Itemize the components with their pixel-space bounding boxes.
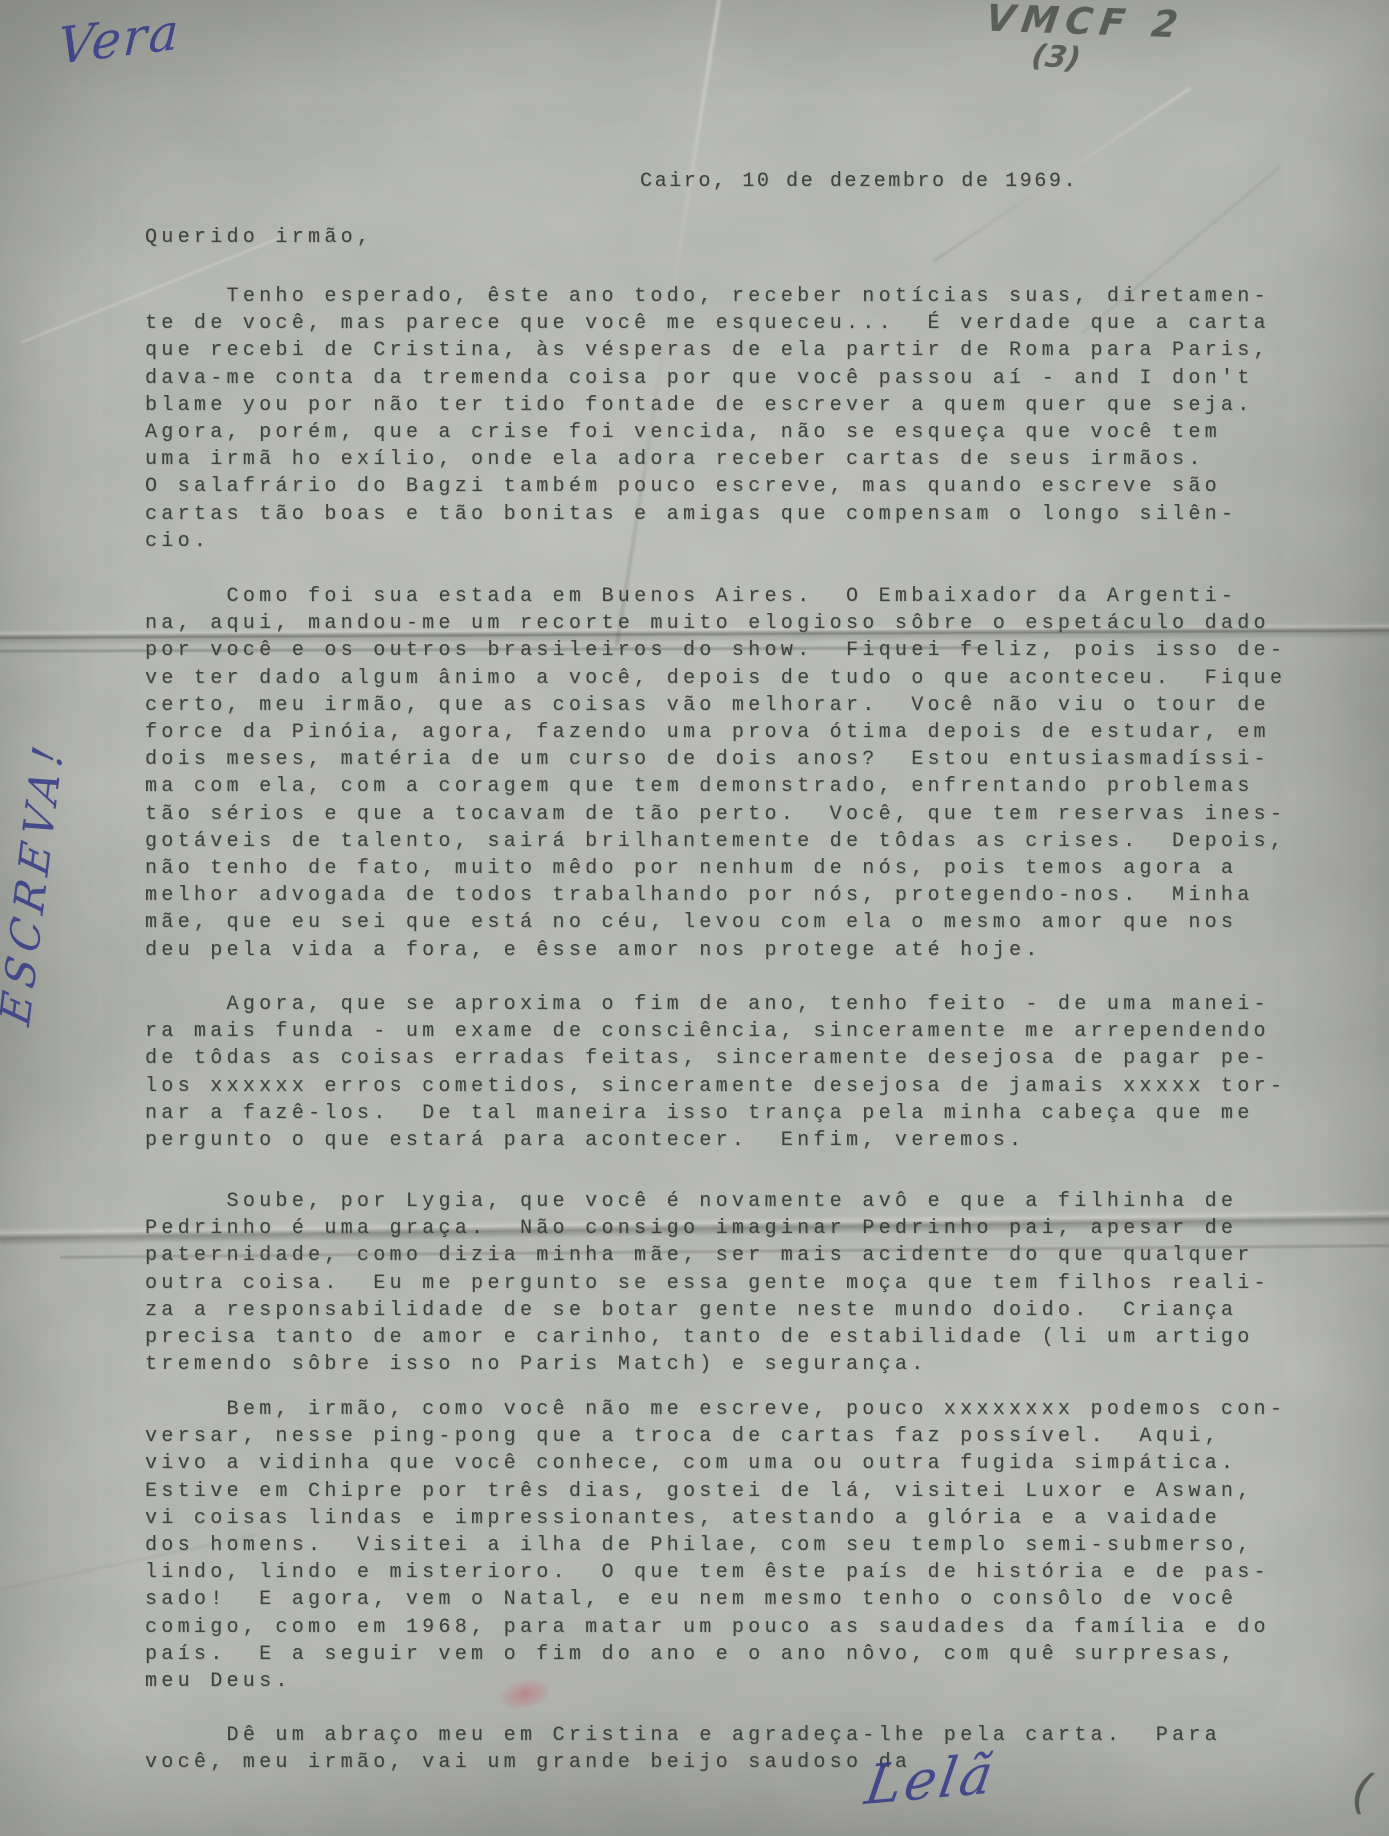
archive-code: VMCF 2 — [983, 0, 1187, 46]
letter-paragraph-1: Tenho esperado, êste ano todo, receber n… — [145, 283, 1270, 555]
salutation: Querido irmão, — [145, 224, 373, 251]
letter-paragraph-3: Agora, que se aproxima o fim de ano, ten… — [145, 991, 1286, 1154]
corner-pencil-mark: ( — [1349, 1763, 1374, 1821]
archive-code-number: (3) — [1029, 38, 1083, 76]
dateline: Cairo, 10 de dezembro de 1969. — [640, 168, 1078, 195]
letter-paragraph-4: Soube, por Lygia, que você é novamente a… — [145, 1188, 1270, 1378]
letter-paragraph-5: Bem, irmão, como você não me escreve, po… — [145, 1396, 1286, 1695]
letter-paragraph-6: Dê um abraço meu em Cristina e agradeça-… — [145, 1722, 1221, 1776]
handwritten-recipient-note: Vera — [57, 2, 182, 76]
letter-paragraph-2: Como foi sua estada em Buenos Aires. O E… — [145, 583, 1286, 964]
letter-scan-page: Vera VMCF 2 (3) Cairo, 10 de dezembro de… — [0, 0, 1389, 1836]
margin-note-escreva: ESCREVA! — [0, 678, 80, 1088]
